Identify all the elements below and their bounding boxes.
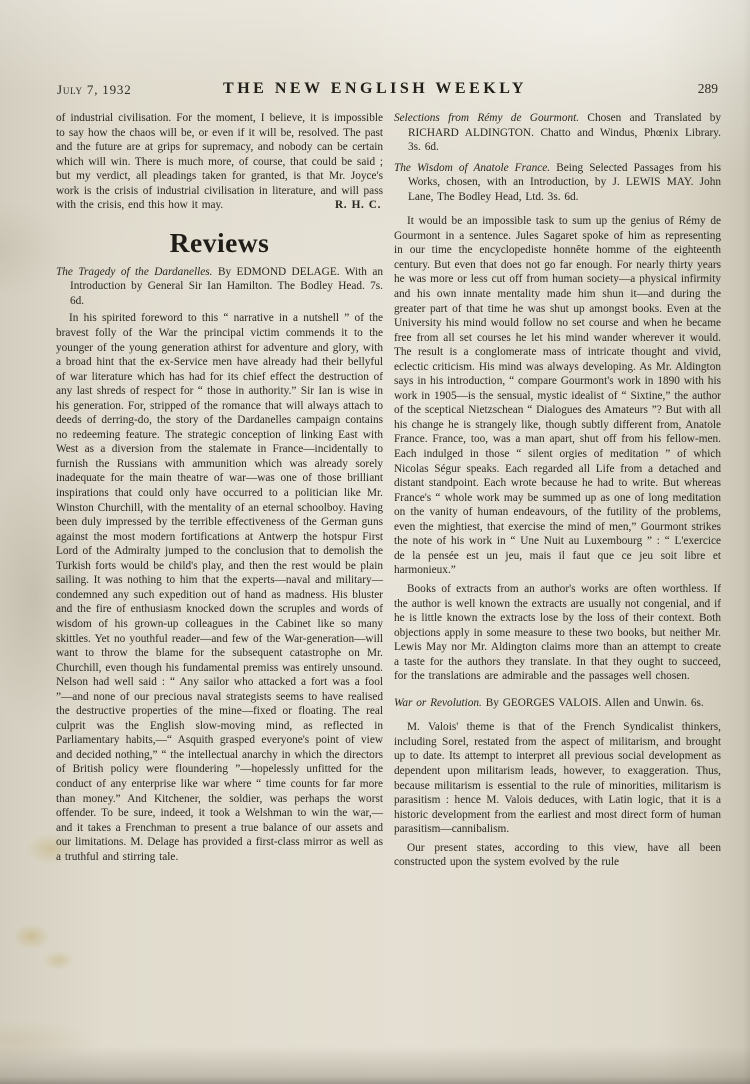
book-entry-gourmont: Selections from Rémy de Gourmont. Chosen…	[394, 111, 721, 155]
book-title: War or Revolution.	[394, 697, 482, 709]
article-continuation-text: of industrial civilisation. For the mome…	[56, 112, 383, 211]
left-column: of industrial civilisation. For the mome…	[56, 111, 383, 870]
page-header: July 7, 1932 THE NEW ENGLISH WEEKLY 289	[0, 80, 750, 100]
book-entry-war-or-revolution: War or Revolution. By GEORGES VALOIS. Al…	[394, 696, 721, 711]
review-paragraph-valois-continued: Our present states, according to this vi…	[394, 841, 721, 870]
review-paragraph-valois: M. Valois' theme is that of the French S…	[394, 720, 721, 836]
book-title: The Wisdom of Anatole France.	[394, 162, 550, 174]
book-details: By GEORGES VALOIS. Allen and Unwin. 6s.	[486, 697, 704, 709]
masthead-title: THE NEW ENGLISH WEEKLY	[0, 80, 750, 98]
article-continuation-paragraph: of industrial civilisation. For the mome…	[56, 111, 383, 213]
spacer	[394, 684, 721, 696]
magazine-page-scan: July 7, 1932 THE NEW ENGLISH WEEKLY 289 …	[0, 0, 750, 1084]
review-paragraph-gourmont-france: It would be an impossible task to sum up…	[394, 214, 721, 578]
review-paragraph-dardanelles: In his spirited foreword to this “ narra…	[56, 311, 383, 864]
book-entry-anatole-france: The Wisdom of Anatole France. Being Sele…	[394, 161, 721, 205]
page-number: 289	[698, 81, 718, 97]
review-paragraph-extracts: Books of extracts from an author's works…	[394, 582, 721, 684]
two-column-layout: of industrial civilisation. For the mome…	[56, 111, 721, 870]
book-title: Selections from Rémy de Gourmont.	[394, 112, 579, 124]
book-entry-dardanelles: The Tragedy of the Dardanelles. By EDMON…	[56, 265, 383, 309]
section-heading-reviews: Reviews	[56, 228, 383, 258]
author-initials: R. H. C.	[335, 198, 383, 213]
right-column: Selections from Rémy de Gourmont. Chosen…	[394, 111, 721, 870]
book-title: The Tragedy of the Dardanelles.	[56, 266, 213, 278]
